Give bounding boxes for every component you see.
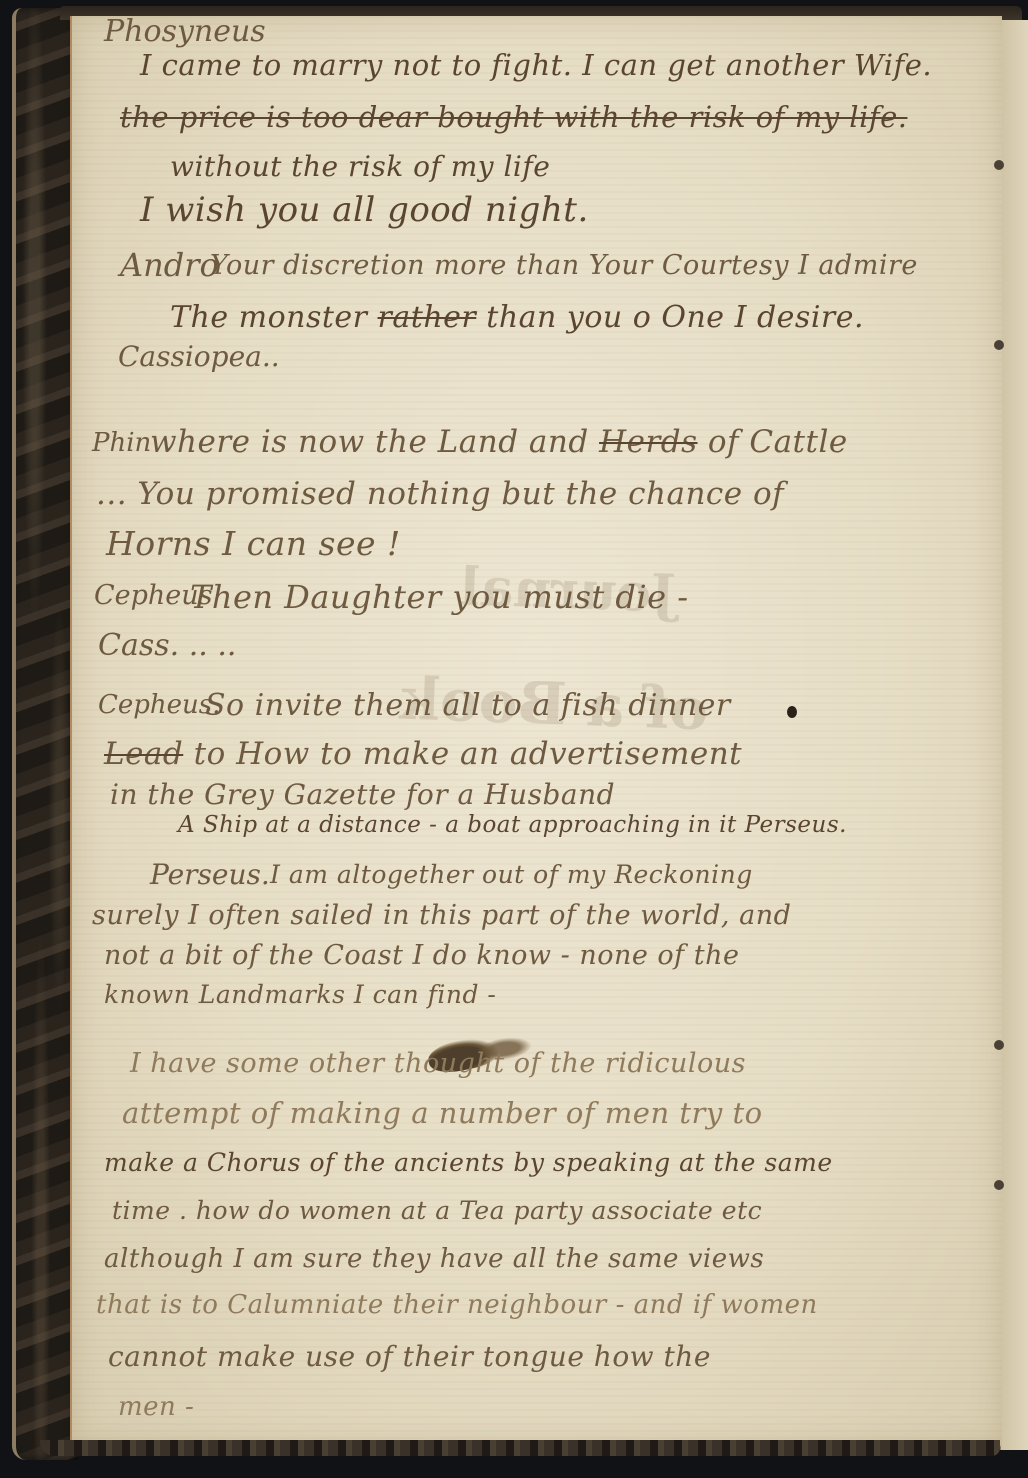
binding-stitch — [994, 1180, 1004, 1190]
book-bottom-edge — [40, 1440, 1000, 1456]
manuscript-line: where is now the Land and Herds of Cattl… — [150, 424, 848, 460]
speaker-label: Cassiopea.. — [118, 340, 280, 373]
manuscript-line: I have some other thought of the ridicul… — [130, 1048, 746, 1079]
struck-word: rather — [378, 300, 477, 335]
leather-binding — [12, 8, 78, 1460]
manuscript-line: cannot make use of their tongue how the — [108, 1340, 711, 1373]
struck-word: Lead — [104, 736, 183, 772]
manuscript-line: Then Daughter you must die - — [190, 578, 689, 616]
speaker-label: Phin — [92, 428, 151, 458]
manuscript-line: that is to Calumniate their neighbour - … — [96, 1290, 818, 1320]
manuscript-line: I wish you all good night. — [140, 190, 589, 230]
speaker-label: Perseus. — [150, 858, 270, 891]
speaker-label: Phosyneus — [104, 14, 266, 49]
ink-spot — [787, 706, 797, 718]
manuscript-line: in the Grey Gazette for a Husband — [110, 778, 615, 811]
manuscript-line: men - — [118, 1392, 194, 1422]
facing-page-edge — [1000, 20, 1028, 1450]
speaker-label: Cass. .. .. — [98, 628, 236, 663]
manuscript-line: I came to marry not to fight. I can get … — [140, 48, 932, 82]
manuscript-line: time . how do women at a Tea party assoc… — [112, 1196, 762, 1225]
manuscript-line: The monster rather than you o One I desi… — [170, 300, 864, 335]
struck-line: the price is too dear bought with the ri… — [120, 100, 907, 134]
speaker-label: Cepheus. — [98, 690, 220, 720]
struck-word: Herds — [599, 424, 697, 460]
manuscript-line: not a bit of the Coast I do know - none … — [104, 940, 739, 971]
binding-stitch — [994, 1040, 1004, 1050]
binding-stitch — [994, 340, 1004, 350]
manuscript-line: without the risk of my life — [170, 150, 550, 183]
manuscript-line: ... You promised nothing but the chance … — [96, 476, 784, 512]
manuscript-line: attempt of making a number of men try to — [122, 1096, 763, 1130]
manuscript-line: I am altogether out of my Reckoning — [270, 860, 753, 889]
manuscript-line: although I am sure they have all the sam… — [104, 1244, 764, 1274]
manuscript-scan: Journal of a Book Phosyneus I came to ma… — [0, 0, 1028, 1478]
stage-direction: A Ship at a distance - a boat approachin… — [178, 812, 847, 838]
manuscript-line: Lead to How to make an advertisement — [104, 736, 742, 772]
manuscript-line: surely I often sailed in this part of th… — [92, 900, 791, 931]
manuscript-line: So invite them all to a fish dinner — [205, 688, 731, 723]
manuscript-line: Your discretion more than Your Courtesy … — [210, 250, 918, 281]
manuscript-line: Horns I can see ! — [106, 524, 401, 563]
speaker-label: Andro — [120, 246, 219, 284]
binding-stitch — [994, 160, 1004, 170]
manuscript-line: make a Chorus of the ancients by speakin… — [104, 1148, 833, 1177]
manuscript-line: known Landmarks I can find - — [104, 980, 496, 1009]
